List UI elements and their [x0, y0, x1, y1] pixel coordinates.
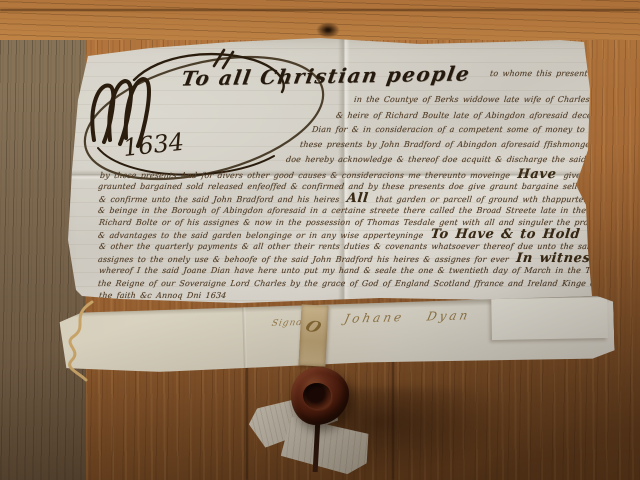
photo-of-1634-vellum-deed: 1634 To all Christian people to whome th… [0, 0, 640, 480]
photo-vignette [0, 0, 640, 480]
